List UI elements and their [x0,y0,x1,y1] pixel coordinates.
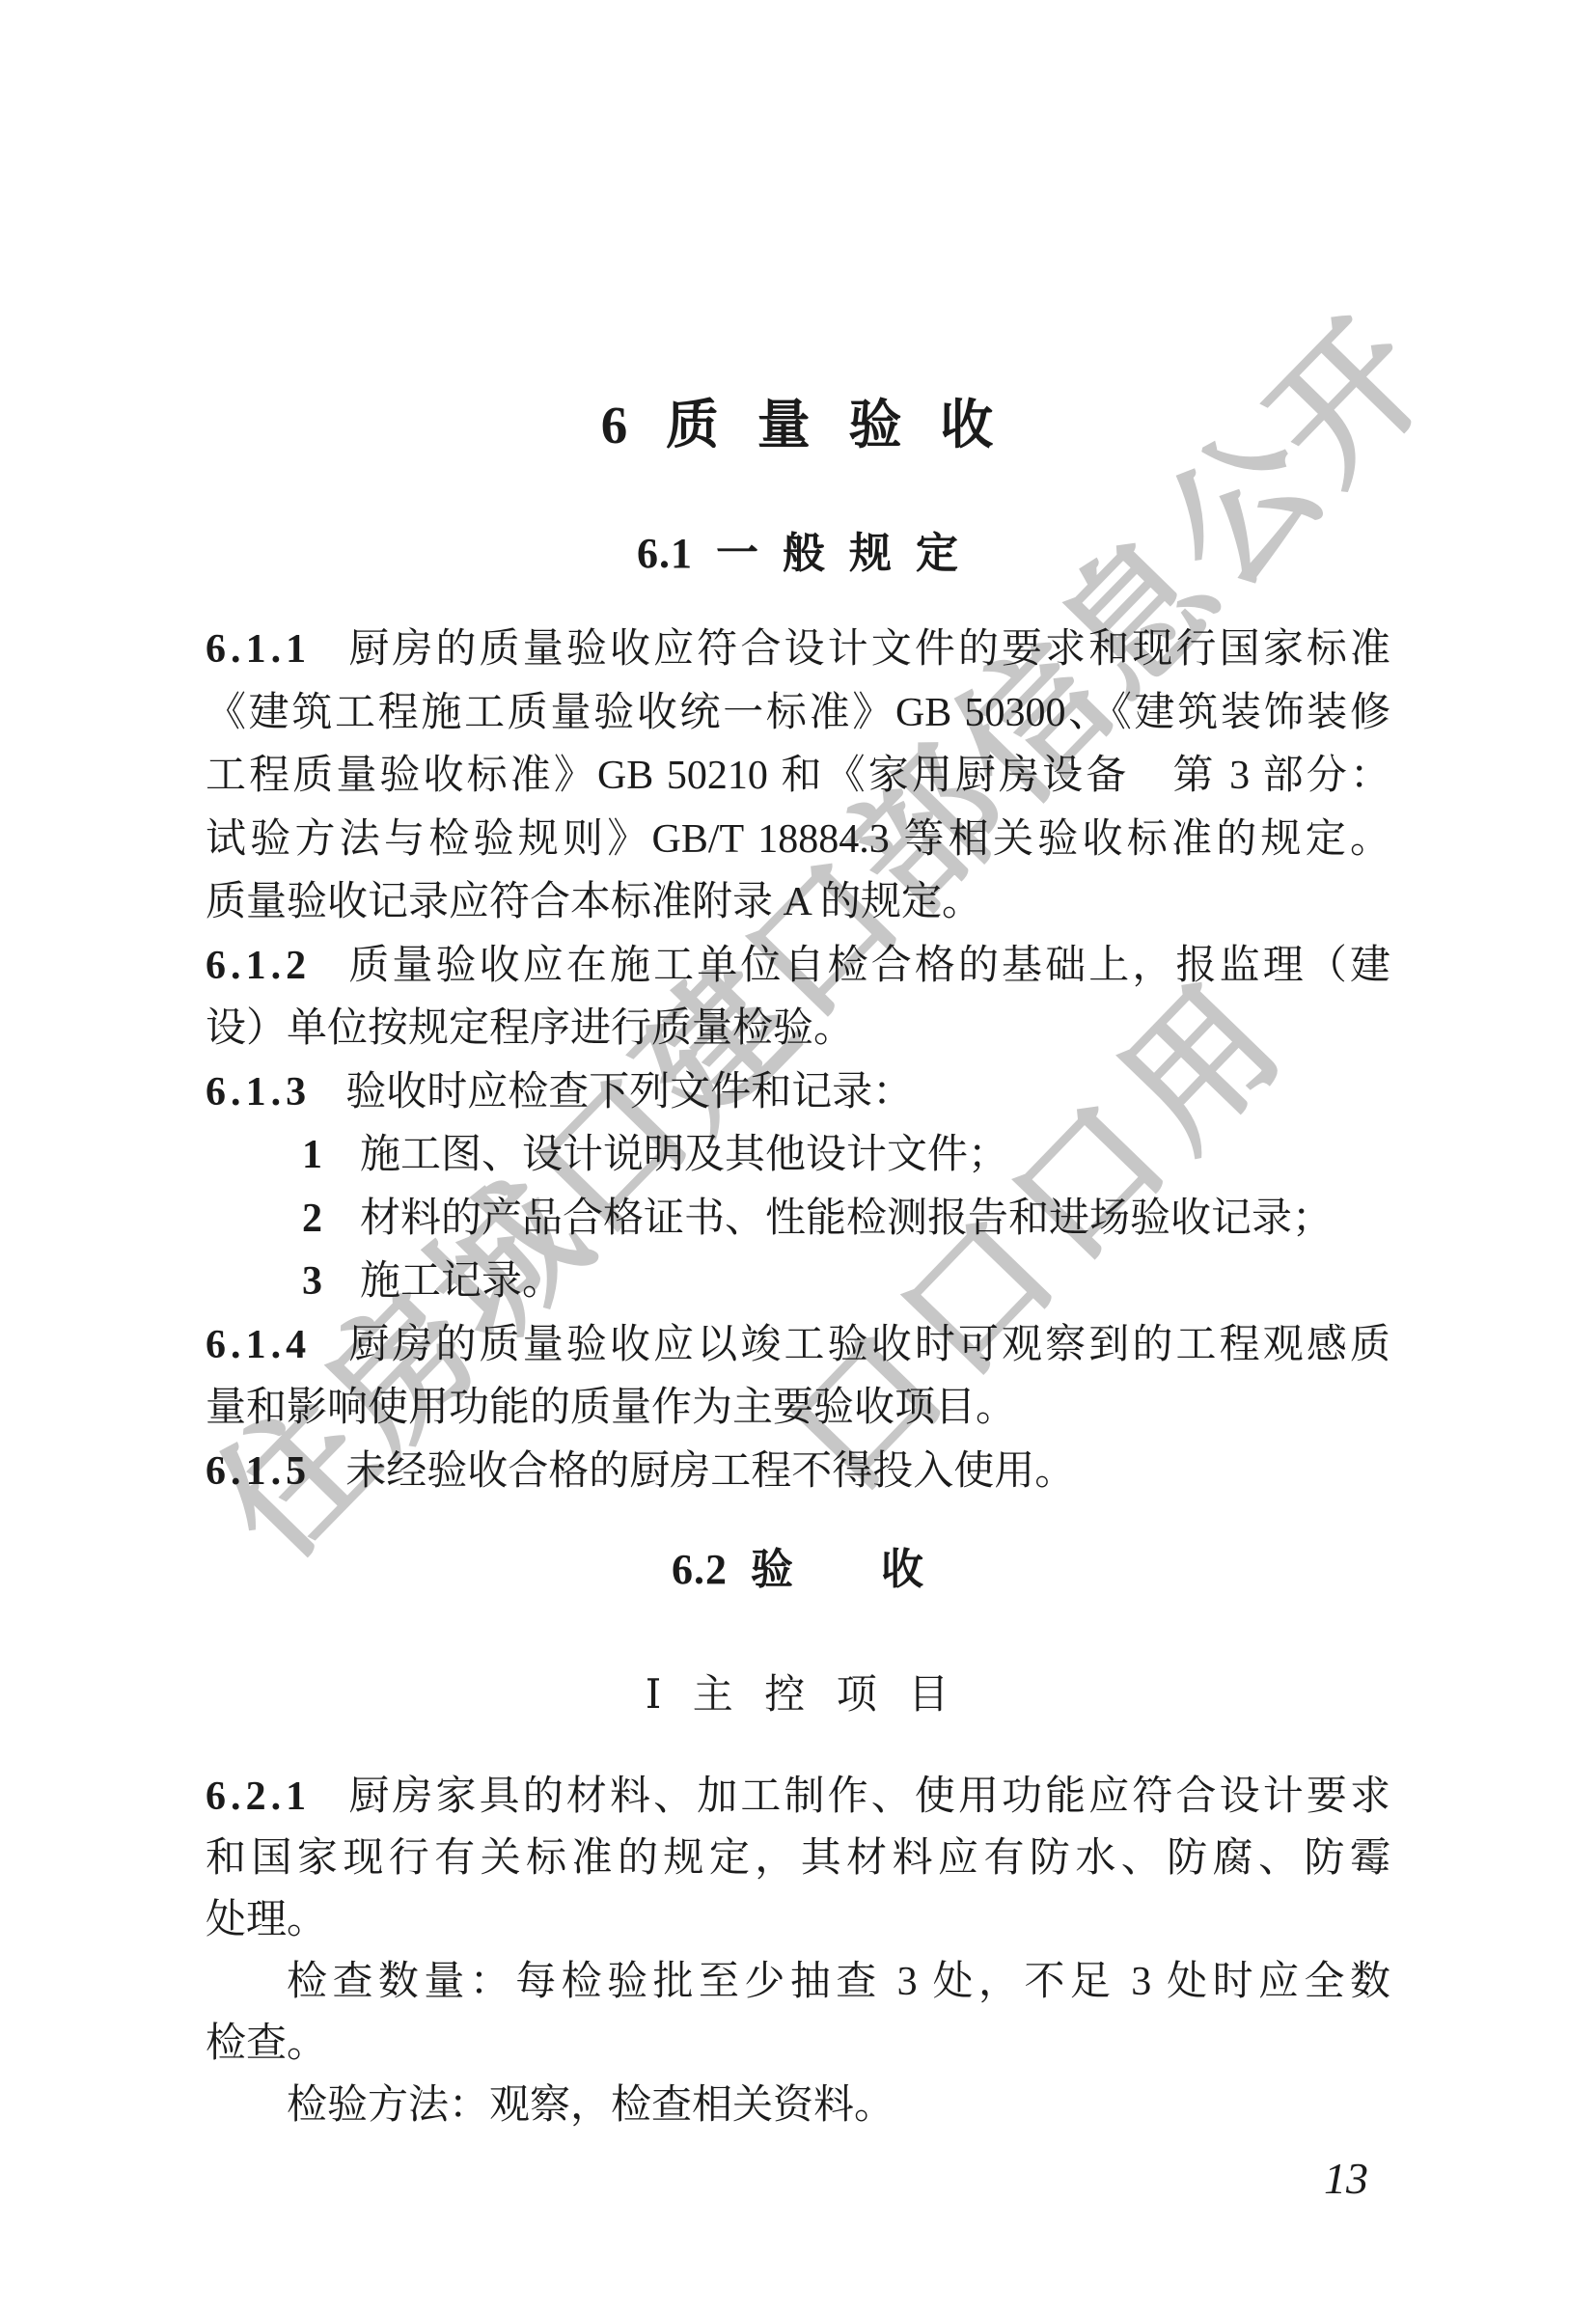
clause-text: 检查数量：每检验批至少抽查 3 处，不足 3 处时应全数 [287,1960,1390,2004]
document-page: 住房城口建口部信息公开 口口口用 6 质 量 验 收 6.1 一 般 规 定 6… [0,0,1596,2311]
clause-6-2-1-line-2: 和国家现行有关标准的规定，其材料应有防水、防腐、防霉 [206,1828,1390,1889]
clause-6-1-3-line-1: 6.1.3验收时应检查下列文件和记录： [206,1061,1390,1125]
inspection-quantity-line-2: 检查。 [206,2013,1390,2075]
clause-6-1-1-line-2: 《建筑工程施工质量验收统一标准》GB 50300、《建筑装饰装修 [206,682,1390,746]
clause-text: 处理。 [206,1898,327,1942]
section-6-2-heading: 6.2 验 收 [206,1546,1390,1594]
clause-number: 6.2.1 [206,1775,311,1819]
clause-text: 检验方法：观察，检查相关资料。 [287,2083,894,2128]
clause-number: 6.1.5 [206,1449,311,1494]
clause-text: 厨房的质量验收应以竣工验收时可观察到的工程观感质 [345,1323,1390,1367]
subsection-main-control-items-heading: Ⅰ 主 控 项 目 [206,1672,1390,1719]
page-content: 6 质 量 验 收 6.1 一 般 规 定 6.1.1厨房的质量验收应符合设计文… [206,0,1390,2311]
clause-6-1-1-line-4: 试验方法与检验规则》GB/T 18884.3 等相关验收标准的规定。 [206,809,1390,872]
section-6-2-clauses: 6.2.1厨房家具的材料、加工制作、使用功能应符合设计要求 和国家现行有关标准的… [206,1766,1390,2136]
list-item-1: 1施工图、设计说明及其他设计文件； [206,1124,1390,1188]
clause-text: 厨房的质量验收应符合设计文件的要求和现行国家标准 [345,627,1390,672]
inspection-quantity-line-1: 检查数量：每检验批至少抽查 3 处，不足 3 处时应全数 [206,1951,1390,2013]
clause-text: 质量验收应在施工单位自检合格的基础上，报监理（建 [345,944,1390,988]
list-item-number: 3 [302,1259,327,1304]
page-number: 13 [1324,2154,1368,2204]
clause-6-1-5-line-1: 6.1.5未经验收合格的厨房工程不得投入使用。 [206,1441,1390,1504]
clause-number: 6.1.1 [206,627,311,672]
clause-6-1-1-line-3: 工程质量验收标准》GB 50210 和《家用厨房设备 第 3 部分： [206,745,1390,809]
list-item-number: 1 [302,1133,327,1177]
clause-text: 工程质量验收标准》GB 50210 和《家用厨房设备 第 3 部分： [206,754,1390,798]
clause-text: 试验方法与检验规则》GB/T 18884.3 等相关验收标准的规定。 [206,817,1390,862]
clause-6-1-4-line-1: 6.1.4厨房的质量验收应以竣工验收时可观察到的工程观感质 [206,1314,1390,1378]
clause-text: 设）单位按规定程序进行质量检验。 [206,1006,854,1051]
section-6-1-clauses: 6.1.1厨房的质量验收应符合设计文件的要求和现行国家标准 《建筑工程施工质量验… [206,619,1390,1503]
clause-number: 6.1.4 [206,1323,311,1367]
clause-text: 验收时应检查下列文件和记录： [345,1070,913,1114]
clause-6-2-1-line-1: 6.2.1厨房家具的材料、加工制作、使用功能应符合设计要求 [206,1766,1390,1828]
list-item-text: 材料的产品合格证书、性能检测报告和进场验收记录； [360,1197,1333,1241]
list-item-text: 施工图、设计说明及其他设计文件； [360,1133,1008,1177]
clause-6-1-1-line-1: 6.1.1厨房的质量验收应符合设计文件的要求和现行国家标准 [206,619,1390,682]
clause-6-1-2-line-2: 设）单位按规定程序进行质量检验。 [206,998,1390,1061]
chapter-heading: 6 质 量 验 收 [206,396,1390,455]
inspection-method-line: 检验方法：观察，检查相关资料。 [206,2075,1390,2136]
list-item-number: 2 [302,1197,327,1241]
list-item-2: 2材料的产品合格证书、性能检测报告和进场验收记录； [206,1188,1390,1252]
clause-text: 量和影响使用功能的质量作为主要验收项目。 [206,1386,1016,1430]
list-item-3: 3施工记录。 [206,1251,1390,1314]
list-item-text: 施工记录。 [360,1259,563,1304]
clause-number: 6.1.3 [206,1070,311,1114]
clause-text: 《建筑工程施工质量验收统一标准》GB 50300、《建筑装饰装修 [206,691,1390,735]
clause-text: 检查。 [206,2022,327,2066]
clause-6-2-1-line-3: 处理。 [206,1889,1390,1951]
clause-text: 厨房家具的材料、加工制作、使用功能应符合设计要求 [345,1775,1390,1819]
section-6-1-heading: 6.1 一 般 规 定 [206,530,1390,578]
clause-text: 未经验收合格的厨房工程不得投入使用。 [345,1449,1075,1494]
clause-text: 和国家现行有关标准的规定，其材料应有防水、防腐、防霉 [206,1836,1390,1881]
clause-text: 质量验收记录应符合本标准附录 A 的规定。 [206,880,982,924]
clause-number: 6.1.2 [206,944,311,988]
clause-6-1-1-line-5: 质量验收记录应符合本标准附录 A 的规定。 [206,871,1390,935]
clause-6-1-4-line-2: 量和影响使用功能的质量作为主要验收项目。 [206,1377,1390,1441]
clause-6-1-2-line-1: 6.1.2质量验收应在施工单位自检合格的基础上，报监理（建 [206,935,1390,999]
